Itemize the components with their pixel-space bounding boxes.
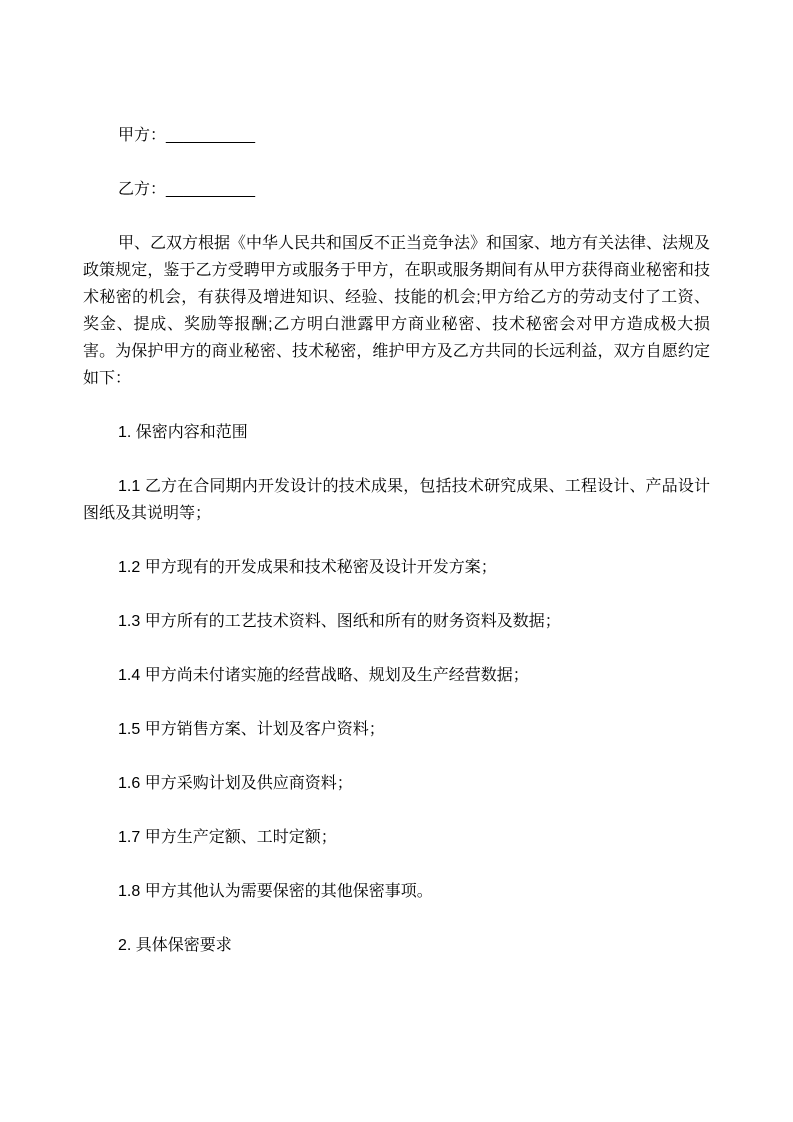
clause-1-5: 1.5 甲方销售方案、计划及客户资料； — [83, 716, 710, 743]
party-b-line: 乙方：__________ — [83, 176, 710, 203]
clause-1-6: 1.6 甲方采购计划及供应商资料； — [83, 770, 710, 797]
clause-1-1: 1.1 乙方在合同期内开发设计的技术成果，包括技术研究成果、工程设计、产品设计图… — [83, 473, 710, 527]
party-a-line: 甲方：__________ — [83, 122, 710, 149]
party-b-label: 乙方： — [118, 181, 166, 198]
party-a-label: 甲方： — [118, 127, 166, 144]
clause-1-7: 1.7 甲方生产定额、工时定额； — [83, 824, 710, 851]
clause-1-4: 1.4 甲方尚未付诸实施的经营战略、规划及生产经营数据； — [83, 662, 710, 689]
section-2-heading: 2. 具体保密要求 — [83, 932, 710, 959]
party-b-blank: __________ — [166, 181, 255, 198]
clause-1-2: 1.2 甲方现有的开发成果和技术秘密及设计开发方案； — [83, 554, 710, 581]
section-1-heading: 1. 保密内容和范围 — [83, 419, 710, 446]
document-page: 甲方：__________ 乙方：__________ 甲、乙双方根据《中华人民… — [0, 0, 793, 1122]
clause-1-3: 1.3 甲方所有的工艺技术资料、图纸和所有的财务资料及数据； — [83, 608, 710, 635]
preamble-paragraph: 甲、乙双方根据《中华人民共和国反不正当竞争法》和国家、地方有关法律、法规及政策规… — [83, 230, 710, 392]
clause-1-8: 1.8 甲方其他认为需要保密的其他保密事项。 — [83, 878, 710, 905]
party-a-blank: __________ — [166, 127, 255, 144]
